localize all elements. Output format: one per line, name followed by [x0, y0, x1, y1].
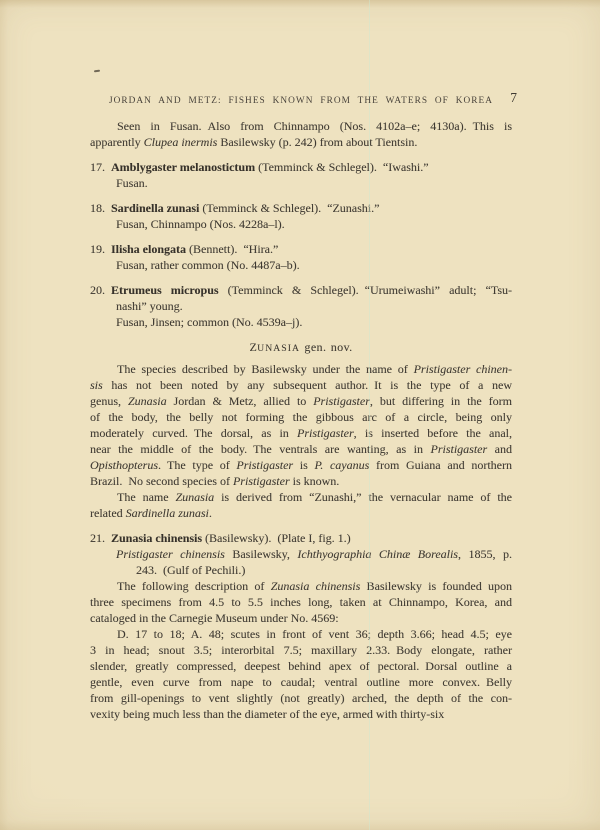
text-line: The following description of Zunasia chi… — [90, 578, 512, 594]
genus-heading: ZUNASIA gen. nov. — [90, 339, 512, 357]
text-line: near the middle of the body. The ventral… — [90, 441, 512, 457]
species-item-21: 21.Zunasia chinensis (Basilewsky). (Plat… — [90, 530, 512, 578]
scanned-page: JORDAN AND METZ: FISHES KNOWN FROM THE W… — [0, 0, 600, 830]
text-line: nashi” young. — [90, 298, 512, 314]
text-line: Pristigaster chinensis Basilewsky, Ichth… — [90, 546, 512, 562]
species-item-20: 20.Etrumeus micropus (Temminck & Schlege… — [90, 282, 512, 330]
text-line: Fusan, Jinsen; common (No. 4539a–j). — [90, 314, 512, 330]
text-line: moderately curved. The dorsal, as in Pri… — [90, 425, 512, 441]
text-line: Brazil. No second species of Pristigaste… — [90, 473, 512, 489]
text-line: three specimens from 4.5 to 5.5 inches l… — [90, 594, 512, 610]
description-intro-paragraph: The following description of Zunasia chi… — [90, 578, 512, 626]
text-line: Fusan, Chinnampo (Nos. 4228a–l). — [90, 216, 512, 232]
page-number: 7 — [510, 92, 517, 104]
text-line: 20.Etrumeus micropus (Temminck & Schlege… — [90, 282, 512, 298]
text-line: apparently Clupea inermis Basilewsky (p.… — [90, 134, 512, 150]
measurements-paragraph: D. 17 to 18; A. 48; scutes in front of v… — [90, 626, 512, 722]
text-line: genus, Zunasia Jordan & Metz, allied to … — [90, 393, 512, 409]
species-item-18: 18.Sardinella zunasi (Temminck & Schlege… — [90, 200, 512, 232]
text-line: Fusan, rather common (No. 4487a–b). — [90, 257, 512, 273]
text-line: sis has not been noted by any subsequent… — [90, 377, 512, 393]
running-header-title: JORDAN AND METZ: FISHES KNOWN FROM THE W… — [109, 96, 493, 106]
text-line: ZUNASIA gen. nov. — [90, 339, 512, 357]
genus-description-paragraph: The species described by Basilewsky unde… — [90, 361, 512, 489]
text-line: Opisthopterus. The type of Pristigaster … — [90, 457, 512, 473]
text-line: 18.Sardinella zunasi (Temminck & Schlege… — [90, 200, 512, 216]
text-line: The name Zunasia is derived from “Zunash… — [90, 489, 512, 505]
text-line: from gill-openings to vent slightly (not… — [90, 690, 512, 706]
species-item-19: 19.Ilisha elongata (Bennett). “Hira.”Fus… — [90, 241, 512, 273]
text-line: 17.Amblygaster melanostictum (Temminck &… — [90, 159, 512, 175]
species-item-17: 17.Amblygaster melanostictum (Temminck &… — [90, 159, 512, 191]
text-line: gentle, even curve from nape to caudal; … — [90, 674, 512, 690]
text-line: slender, greatly compressed, deepest beh… — [90, 658, 512, 674]
text-line: Fusan. — [90, 175, 512, 191]
text-line: cataloged in the Carnegie Museum under N… — [90, 610, 512, 626]
text-line: D. 17 to 18; A. 48; scutes in front of v… — [90, 626, 512, 642]
text-line: 21.Zunasia chinensis (Basilewsky). (Plat… — [90, 530, 512, 546]
running-header: JORDAN AND METZ: FISHES KNOWN FROM THE W… — [90, 95, 512, 107]
text-line: 243. (Gulf of Pechili.) — [90, 562, 512, 578]
text-line: related Sardinella zunasi. — [90, 505, 512, 521]
text-line: The species described by Basilewsky unde… — [90, 361, 512, 377]
text-line: Seen in Fusan. Also from Chinnampo (Nos.… — [90, 118, 512, 134]
name-derivation-paragraph: The name Zunasia is derived from “Zunash… — [90, 489, 512, 521]
text-line: of the body, the belly not forming the g… — [90, 409, 512, 425]
text-line: 19.Ilisha elongata (Bennett). “Hira.” — [90, 241, 512, 257]
text-line: 3 in head; snout 3.5; interorbital 7.5; … — [90, 642, 512, 658]
intro-paragraph: Seen in Fusan. Also from Chinnampo (Nos.… — [90, 118, 512, 150]
text-line: vexity being much less than the diameter… — [90, 706, 512, 722]
ink-mark-artifact — [94, 70, 100, 73]
text-column: Seen in Fusan. Also from Chinnampo (Nos.… — [90, 118, 512, 722]
